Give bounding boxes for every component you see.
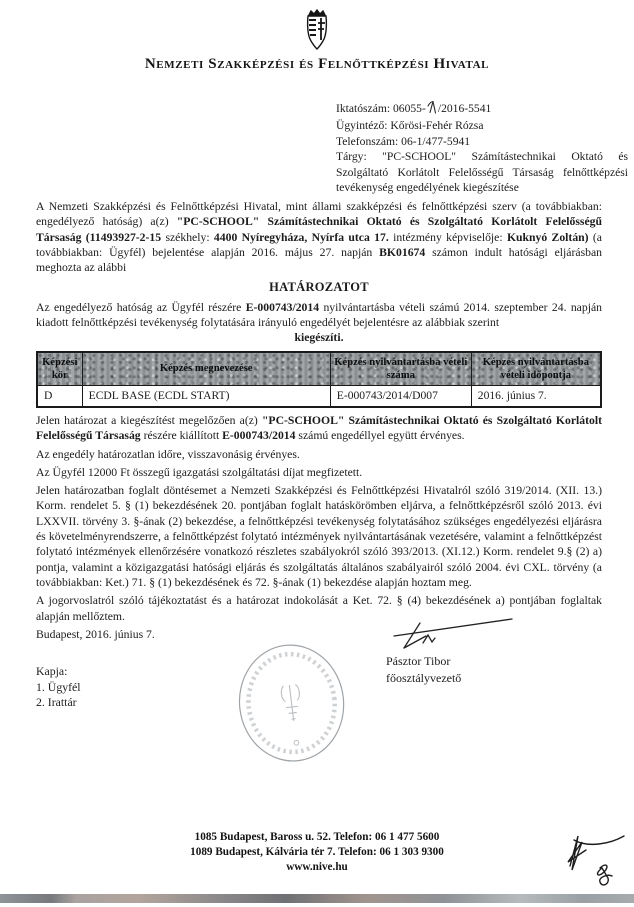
targy-line: Tárgy: "PC-SCHOOL" Számítástechnikai Okt…: [336, 149, 628, 195]
decision-heading: HATÁROZATOT: [36, 280, 602, 295]
footer-address-1: 1085 Budapest, Baross u. 52. Telefon: 06…: [0, 830, 634, 845]
decision-paragraph-center: kiegészíti.: [36, 330, 602, 345]
scanned-document-page: Nemzeti Szakképzési és Felnőttképzési Hi…: [0, 0, 634, 907]
legal-basis-paragraph: Jelen határozatban foglalt döntésemet a …: [36, 483, 602, 590]
scan-edge-artifact: [0, 894, 634, 903]
col-header-megnevezes: Képzés megnevezése: [82, 352, 330, 386]
hungarian-coat-of-arms-icon: [302, 40, 332, 57]
cell-megnevezes: ECDL BASE (ECDL START): [82, 385, 330, 407]
signatory-title: főosztályvezető: [386, 670, 526, 687]
iktatoszam-line: Iktatószám: 06055- /2016-5541: [336, 100, 628, 118]
official-round-stamp-icon: [228, 635, 355, 779]
cell-szam: E-000743/2014/D007: [330, 385, 471, 407]
col-header-kepzesi-kor: Képzési kör: [37, 352, 82, 386]
course-table: Képzési kör Képzés megnevezése Képzés ny…: [36, 351, 602, 408]
intro-paragraph: A Nemzeti Szakképzési és Felnőttképzési …: [36, 199, 602, 275]
kapja-item-ugyfel: 1. Ügyfél: [36, 680, 81, 696]
signature-scribble: [390, 612, 526, 657]
header: [0, 7, 634, 58]
duration-paragraph: Az engedély határozatlan időre, visszavo…: [36, 447, 602, 462]
meta-block: Iktatószám: 06055- /2016-5541 Ügyintéző:…: [336, 100, 628, 195]
kapja-item-irattar: 2. Irattár: [36, 695, 81, 711]
signature-block: Pásztor Tibor főosztályvezető: [386, 612, 526, 687]
ugyintezo-line: Ügyintéző: Kőrösi-Fehér Rózsa: [336, 118, 628, 133]
handwritten-initials-icon: [552, 832, 628, 901]
decision-paragraph: Az engedélyező hatóság az Ügyfél részére…: [36, 300, 602, 331]
cell-kepzesi-kor: D: [37, 385, 82, 407]
document-body: A Nemzeti Szakképzési és Felnőttképzési …: [36, 199, 602, 645]
fee-paragraph: Az Ügyfél 12000 Ft összegű igazgatási sz…: [36, 465, 602, 480]
handwritten-number-icon: [427, 100, 437, 118]
org-title: Nemzeti Szakképzési és Felnőttképzési Hi…: [0, 56, 634, 73]
footer-address-2: 1089 Budapest, Kálvária tér 7. Telefon: …: [0, 845, 634, 860]
telefonszam-line: Telefonszám: 06-1/477-5941: [336, 134, 628, 149]
validity-paragraph: Jelen határozat a kiegészítést megelőzőe…: [36, 413, 602, 444]
cell-idopont: 2016. június 7.: [471, 385, 601, 407]
footer: 1085 Budapest, Baross u. 52. Telefon: 06…: [0, 830, 634, 875]
col-header-idopont: Képzés nyilvántartásba vételi időpontja: [471, 352, 601, 386]
col-header-szam: Képzés nyilvántartásba vételi száma: [330, 352, 471, 386]
kapja-label: Kapja:: [36, 664, 81, 680]
table-header-row: Képzési kör Képzés megnevezése Képzés ny…: [37, 352, 601, 386]
table-row: D ECDL BASE (ECDL START) E-000743/2014/D…: [37, 385, 601, 407]
distribution-list: Kapja: 1. Ügyfél 2. Irattár: [36, 664, 81, 711]
footer-website: www.nive.hu: [0, 860, 634, 875]
